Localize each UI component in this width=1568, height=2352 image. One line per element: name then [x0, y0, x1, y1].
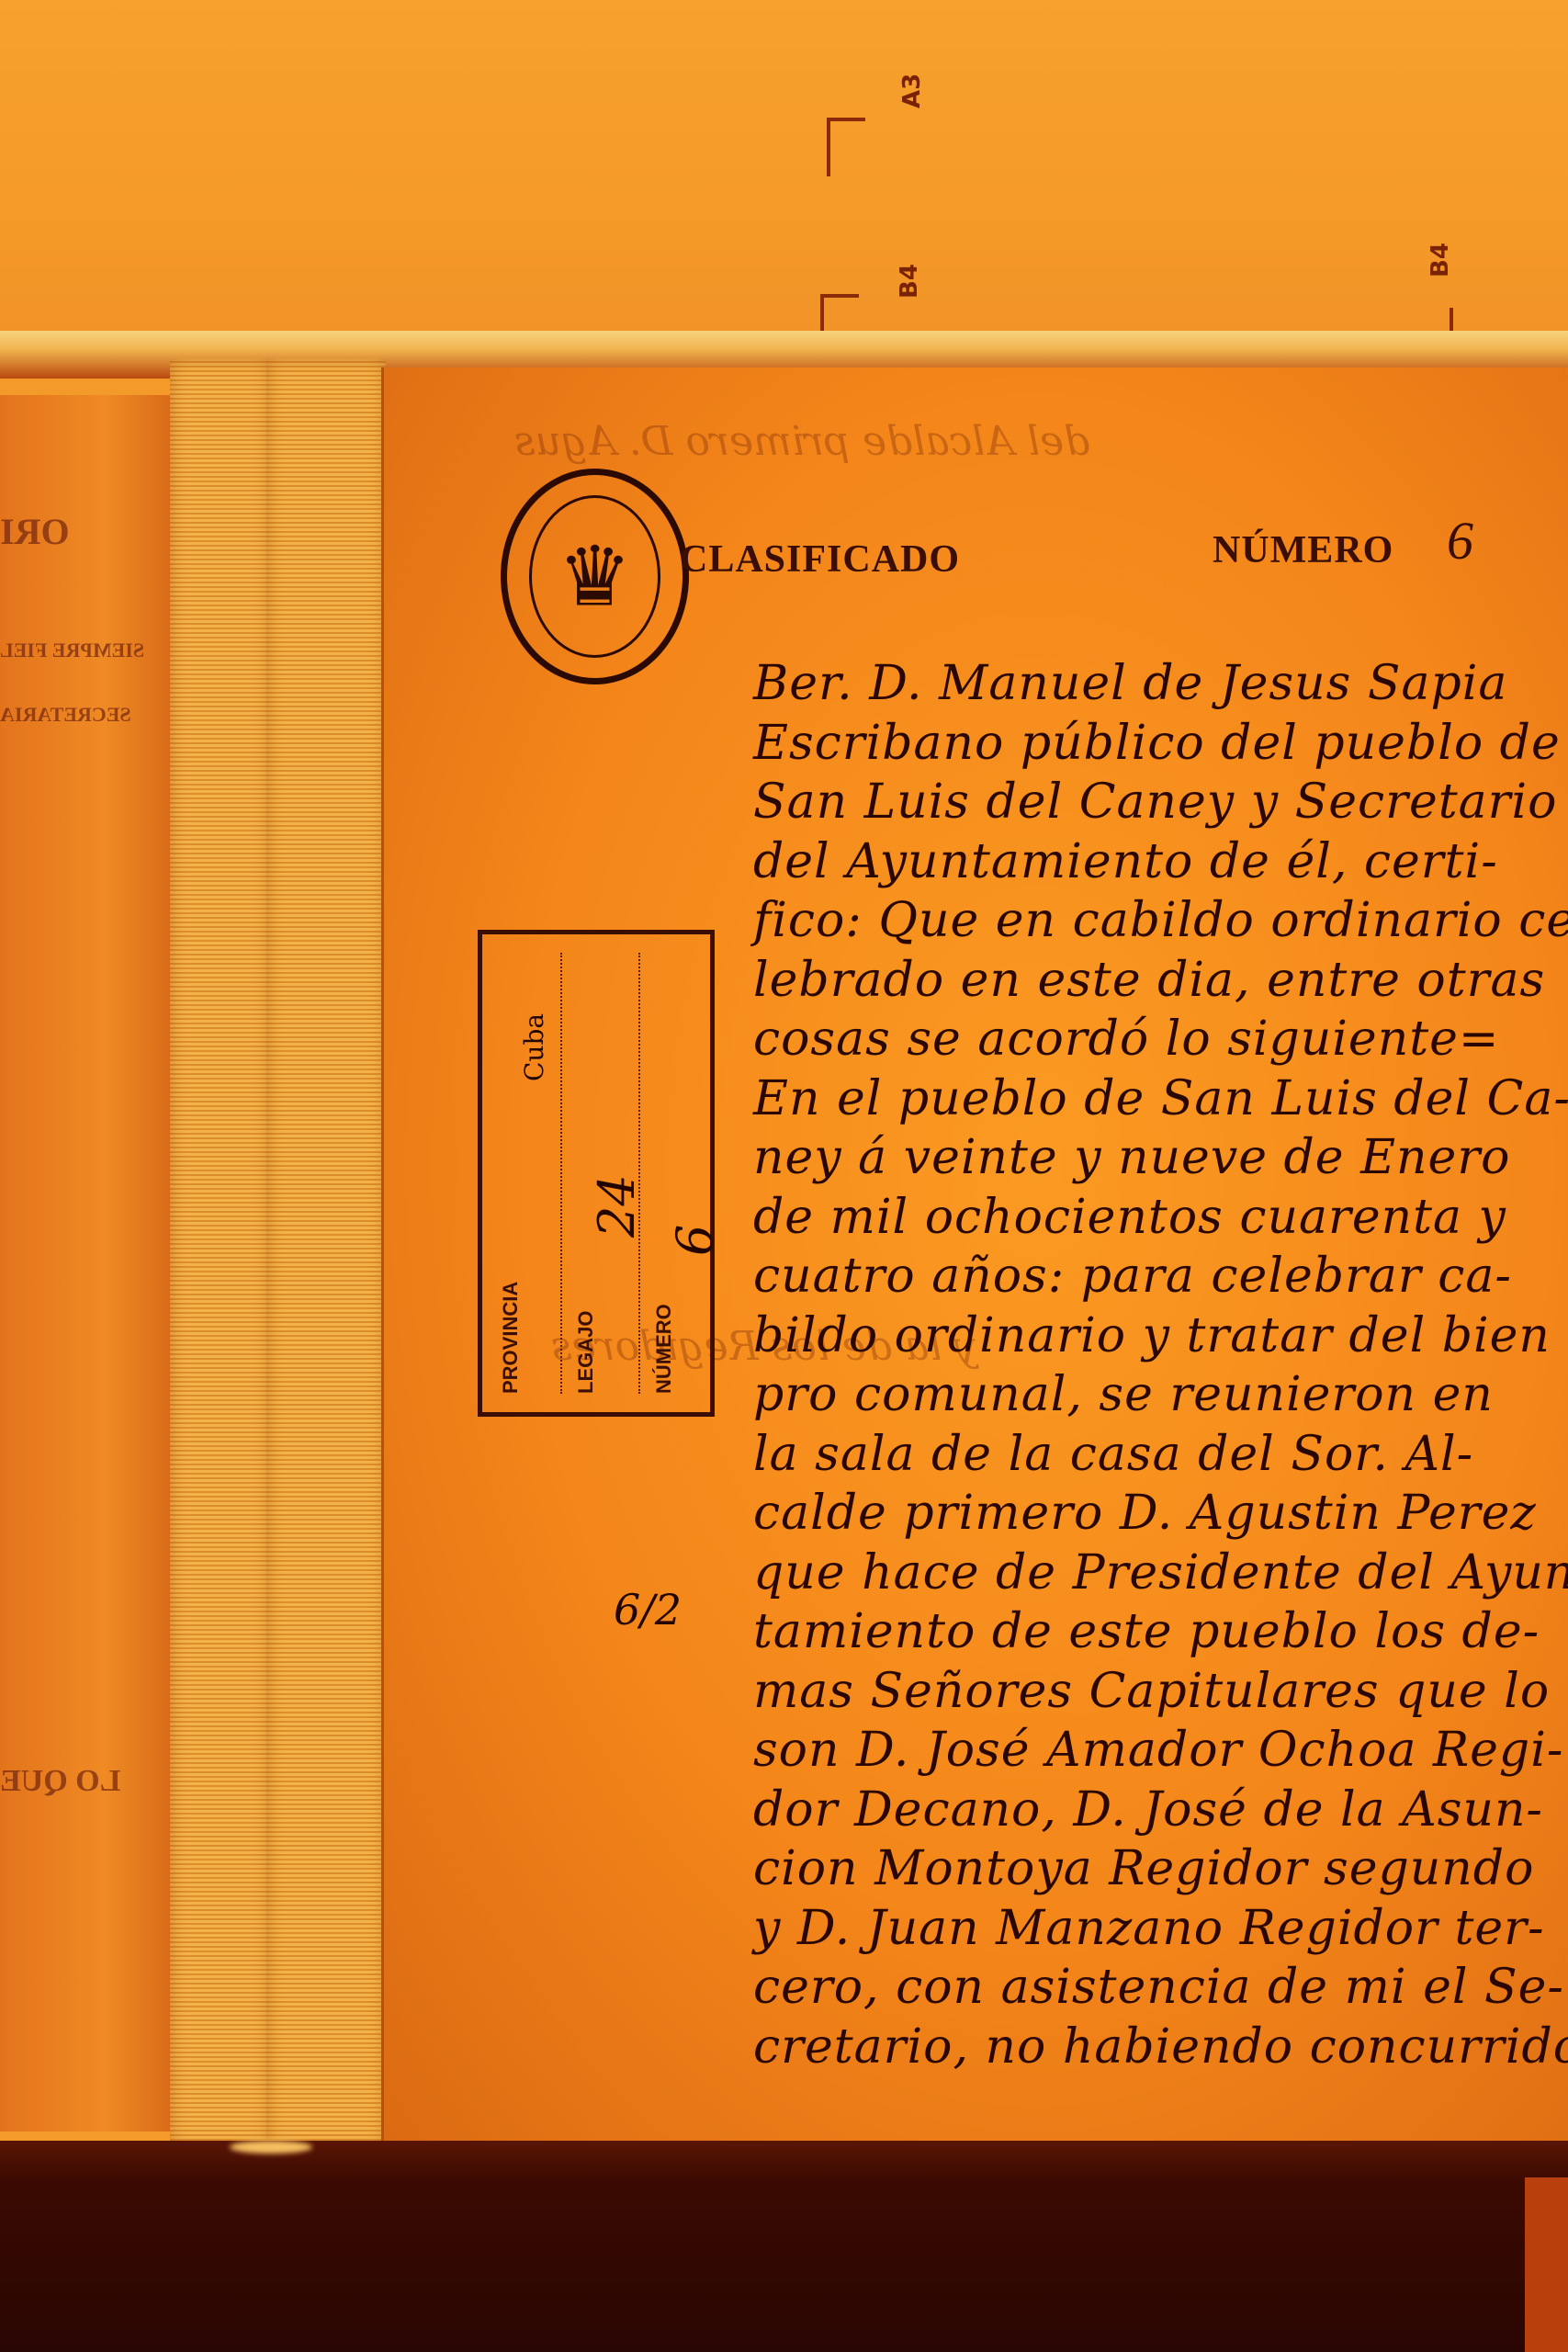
stamp-field-value: 6: [666, 1225, 724, 1256]
manuscript-line: cero, con asistencia de mi el Se-: [753, 1958, 1562, 2018]
manuscript-line: mas Señores Capitulares que lo: [753, 1662, 1562, 1722]
stamp-field-label: PROVINCIA: [499, 1282, 523, 1394]
stamp-field-label: NÚMERO: [652, 1304, 676, 1394]
manuscript-body: Ber. D. Manuel de Jesus Sapia Escribano …: [753, 654, 1562, 2076]
manuscript-line: En el pueblo de San Luis del Ca-: [753, 1069, 1562, 1129]
bleed-through-text: del Alcalde primero D. Agus: [514, 418, 1089, 465]
manuscript-line: cosas se acordó lo siguiente=: [753, 1010, 1562, 1069]
manuscript-line: lebrado en este dia, entre otras: [753, 951, 1562, 1011]
manuscript-line: ney á veinte y nueve de Enero: [753, 1128, 1562, 1188]
binding-tape-left: [170, 358, 271, 2150]
manuscript-line: dor Decano, D. José de la Asun-: [753, 1781, 1562, 1840]
manuscript-line: bildo ordinario y tratar del bien: [753, 1306, 1562, 1366]
manuscript-line: cuatro años: para celebrar ca-: [753, 1247, 1562, 1306]
stamp-field-value: Cuba: [519, 1013, 549, 1081]
manuscript-line: Ber. D. Manuel de Jesus Sapia: [753, 654, 1562, 714]
page-right-edge: [1525, 2177, 1568, 2352]
official-seal: ♛: [501, 469, 689, 684]
left-print-fragment: ORI: [0, 510, 70, 553]
manuscript-line: la sala de la casa del Sor. Al-: [753, 1425, 1562, 1485]
archive-record-stamp: PROVINCIA Cuba LEGAJO 24 NÚMERO 6: [478, 930, 715, 1417]
margin-folio-note: 6/2: [614, 1585, 682, 1634]
manuscript-line: de mil ochocientos cuarenta y: [753, 1188, 1562, 1248]
stamp-field-label: LEGAJO: [574, 1311, 598, 1394]
left-print-fragment: SECRETARIA: [0, 703, 131, 727]
manuscript-line: que hace de Presidente del Ayun-: [753, 1543, 1562, 1603]
clasificado-stamp: CLASIFICADO: [680, 537, 960, 582]
crop-label-b4-right: B4: [1427, 243, 1454, 277]
left-page: ORI SIEMPRE FIEL SECRETARIA LO QUE: [0, 395, 175, 2131]
stamp-divider: [560, 953, 562, 1394]
numero-stamp-label: NÚMERO: [1213, 528, 1393, 572]
numero-stamp-value: 6: [1447, 510, 1474, 571]
manuscript-line: cion Montoya Regidor segundo: [753, 1839, 1562, 1899]
left-print-fragment: LO QUE: [0, 1764, 120, 1799]
stamp-divider: [638, 953, 640, 1394]
crop-mark-a3: [827, 118, 865, 176]
crop-label-a3: A3: [898, 73, 926, 108]
manuscript-line: son D. José Amador Ochoa Regi-: [753, 1721, 1562, 1781]
manuscript-line: cretario, no habiendo concurrido: [753, 2018, 1562, 2077]
manuscript-line: fico: Que en cabildo ordinario ce-: [753, 891, 1562, 951]
manuscript-line: San Luis del Caney y Secretario: [753, 773, 1562, 832]
crop-label-b4-left: B4: [896, 264, 923, 299]
manuscript-line: tamiento de este pueblo los de-: [753, 1602, 1562, 1662]
stamp-field-value: 24: [588, 1174, 646, 1238]
binding-tape-right: [266, 358, 386, 2150]
scanner-bed-shadow: [0, 2141, 1568, 2352]
manuscript-line: del Ayuntamiento de él, certi-: [753, 832, 1562, 892]
manuscript-line: pro comunal, se reunieron en: [753, 1365, 1562, 1425]
coat-of-arms-icon: ♛: [558, 528, 632, 625]
manuscript-line: Escribano público del pueblo de: [753, 714, 1562, 774]
manuscript-line: calde primero D. Agustin Perez: [753, 1484, 1562, 1543]
scanner-backdrop: [0, 0, 1568, 349]
light-glare: [230, 2141, 312, 2154]
manuscript-line: y D. Juan Manzano Regidor ter-: [753, 1899, 1562, 1959]
left-print-fragment: SIEMPRE FIEL: [0, 639, 144, 662]
